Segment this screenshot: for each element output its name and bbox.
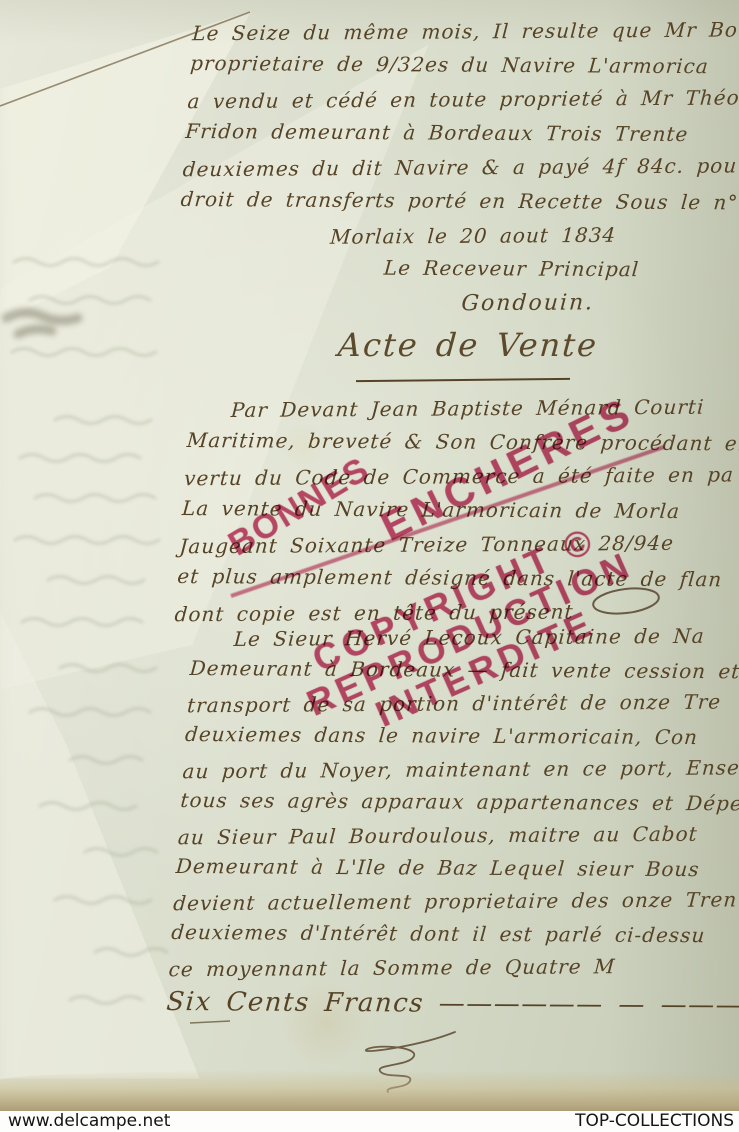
amount-line: Six Cents Francs —————— — —————— <box>165 982 739 1026</box>
manuscript-line: a vendu et cédé en toute proprieté à Mr … <box>187 80 739 119</box>
site-watermark-top-collections: TOP-COLLECTIONS <box>575 1111 734 1131</box>
document-paper: Le Seize du même mois, Il resulte que Mr… <box>0 0 739 1112</box>
manuscript-line: deuxiemes d'Intérêt dont il est parlé ci… <box>170 916 739 953</box>
manuscript-line: proprietaire de 9/32es du Navire L'armor… <box>189 46 739 84</box>
registration-note: Le Seize du même mois, Il resulte que Mr… <box>172 14 739 320</box>
manuscript-line: droit de transferts porté en Recette Sou… <box>179 182 739 220</box>
manuscript-line: Maritime, breveté & Son Confrère procéda… <box>186 423 739 461</box>
manuscript-line: deuxiemes du dit Navire & a payé 4f 84c.… <box>182 148 739 187</box>
signature-gondouin: Gondouin. <box>460 285 739 322</box>
manuscript-line: Le Seize du même mois, Il resulte que Mr… <box>191 12 739 51</box>
manuscript-line: Par Devant Jean Baptiste Ménard Courti <box>188 389 739 428</box>
manuscript-line: Demeurant à L'Ile de Baz Lequel sieur Bo… <box>175 850 739 887</box>
manuscript-line: tous ses agrès apparaux appartenances et… <box>179 784 739 821</box>
document-title: Acte de Vente <box>337 326 600 364</box>
manuscript-line: ce moyennant la Somme de Quatre M <box>168 949 739 987</box>
manuscript-line: Fridon demeurant à Bordeaux Trois Trente <box>184 114 739 152</box>
manuscript-line: deuxiemes dans le navire L'armoricain, C… <box>184 718 739 755</box>
manuscript-line: devient actuellement proprietaire des on… <box>172 883 739 921</box>
manuscript-line: au port du Noyer, maintenant en ce port,… <box>182 751 739 789</box>
receiver-line: Le Receveur Principal <box>383 251 739 288</box>
watermark-footer: www.delcampe.net TOP-COLLECTIONS <box>0 1111 739 1132</box>
date-line: Morlaix le 20 aout 1834 <box>329 216 739 254</box>
manuscript-line: au Sieur Paul Bourdoulous, maitre au Cab… <box>177 817 739 855</box>
title-underline <box>356 378 570 382</box>
paper-bottom-edge <box>0 1070 739 1112</box>
site-watermark-delcampe: www.delcampe.net <box>8 1111 170 1131</box>
scan-photo: Le Seize du même mois, Il resulte que Mr… <box>0 0 739 1132</box>
